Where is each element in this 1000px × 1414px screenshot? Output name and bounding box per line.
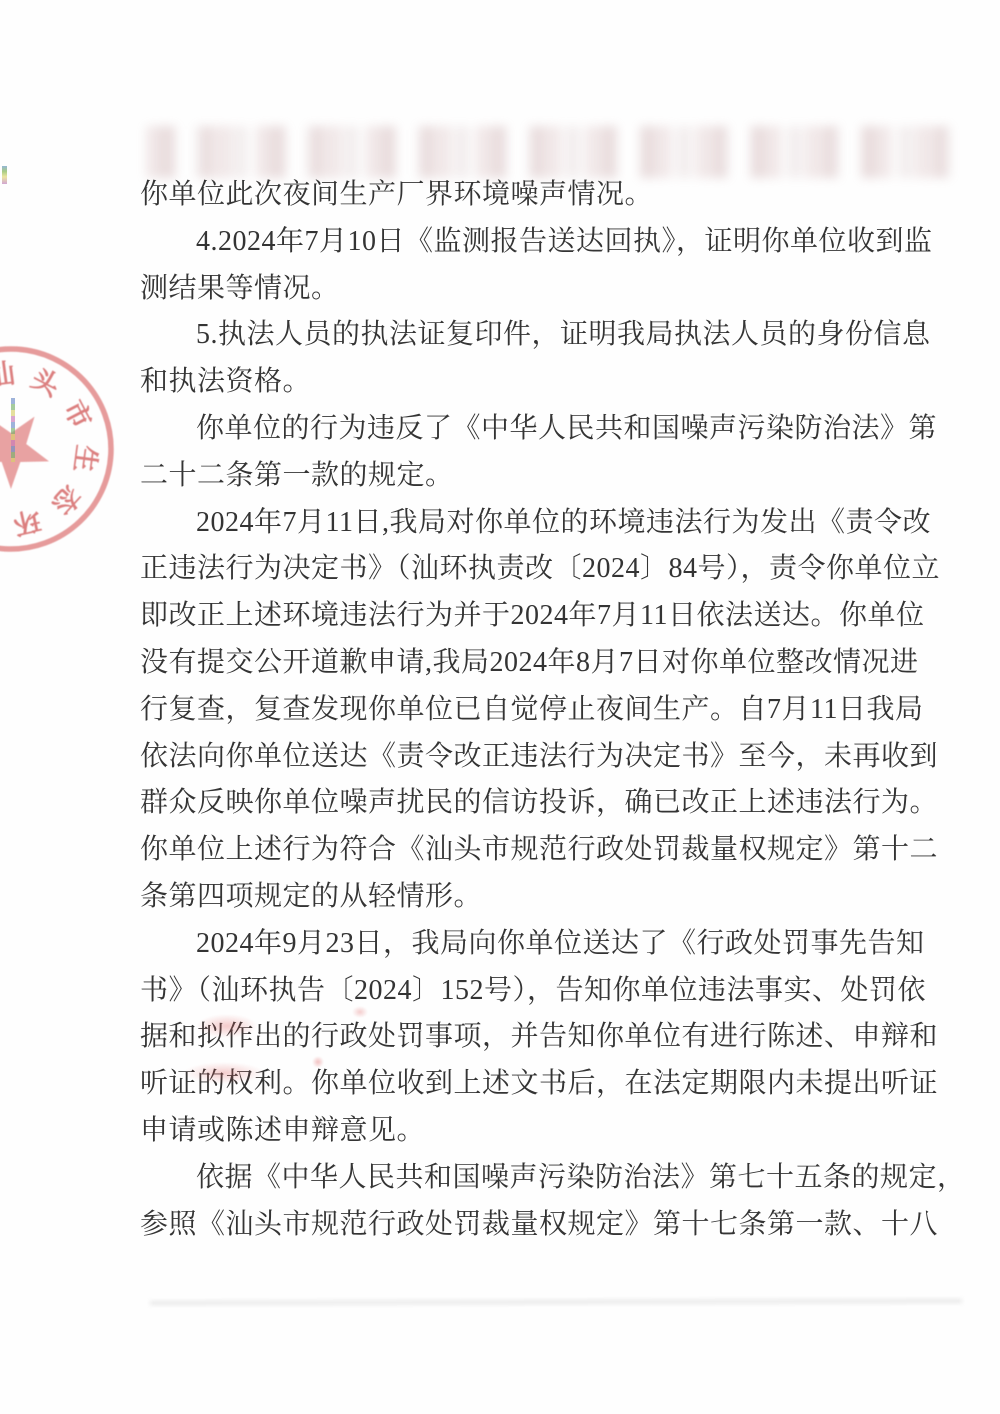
seal-char: 态 xyxy=(45,480,86,521)
text-line: 二十二条第一款的规定。 xyxy=(140,453,907,500)
text-line: 2024年7月11日,我局对你单位的环境违法行为发出《责令改 xyxy=(140,500,907,547)
text-line: 依法向你单位送达《责令改正违法行为决定书》至今，未再收到 xyxy=(140,734,907,781)
seal-ring xyxy=(0,339,121,559)
text-line: 和执法资格。 xyxy=(140,359,907,406)
text-line: 你单位的行为违反了《中华人民共和国噪声污染防治法》第 xyxy=(140,406,907,453)
text-line: 你单位上述行为符合《汕头市规范行政处罚裁量权规定》第十二 xyxy=(140,827,907,874)
seal-char: 汕 xyxy=(0,358,17,391)
text-line: 书》（汕环执告〔2024〕152号），告知你单位违法事实、处罚依 xyxy=(140,968,907,1015)
text-line: 正违法行为决定书》（汕环执责改〔2024〕84号），责令你单位立 xyxy=(140,546,907,593)
text-line: 行复查，复查发现你单位已自觉停止夜间生产。自7月11日我局 xyxy=(140,687,907,734)
text-line: 据和拟作出的行政处罚事项，并告知你单位有进行陈述、申辩和 xyxy=(140,1014,907,1061)
document-body: 你单位此次夜间生产厂界环境噪声情况。4.2024年7月10日《监测报告送达回执》… xyxy=(140,172,907,1248)
text-line: 5.执法人员的执法证复印件，证明我局执法人员的身份信息 xyxy=(140,312,907,359)
seal-char: 头 xyxy=(27,363,66,403)
scan-smudge xyxy=(150,1299,962,1305)
text-line: 你单位此次夜间生产厂界环境噪声情况。 xyxy=(140,172,907,219)
text-line: 没有提交公开道歉申请,我局2024年8月7日对你单位整改情况进 xyxy=(140,640,907,687)
text-line: 4.2024年7月10日《监测报告送达回执》，证明你单位收到监 xyxy=(140,219,907,266)
text-line: 申请或陈述申辩意见。 xyxy=(140,1108,907,1155)
text-line: 参照《汕头市规范行政处罚裁量权规定》第十七条第一款、十八 xyxy=(140,1202,907,1249)
seal-char: 境 xyxy=(0,499,1,538)
text-line: 测结果等情况。 xyxy=(140,266,907,313)
text-line: 依据《中华人民共和国噪声污染防治法》第七十五条的规定， xyxy=(140,1155,907,1202)
scan-artifact-strip xyxy=(11,398,15,462)
seal-char: 生 xyxy=(69,443,102,474)
scanned-document-page: 汕 头 市 生 态 环 境 局 你单位此次夜间生产厂界环境噪声情况。4.2024… xyxy=(0,0,1000,1414)
text-line: 条第四项规定的从轻情形。 xyxy=(140,874,907,921)
bleed-through-text xyxy=(146,126,952,178)
text-line: 2024年9月23日，我局向你单位送达了《行政处罚事先告知 xyxy=(140,921,907,968)
text-line: 群众反映你单位噪声扰民的信访投诉，确已改正上述违法行为。 xyxy=(140,780,907,827)
seal-char: 环 xyxy=(10,504,44,539)
text-line: 即改正上述环境违法行为并于2024年7月11日依法送达。你单位 xyxy=(140,593,907,640)
seal-star-icon xyxy=(0,403,54,498)
official-red-seal: 汕 头 市 生 态 环 境 局 xyxy=(0,339,121,559)
seal-char: 市 xyxy=(58,396,97,434)
scan-artifact-strip xyxy=(2,166,7,184)
text-line: 听证的权利。你单位收到上述文书后，在法定期限内未提出听证 xyxy=(140,1061,907,1108)
